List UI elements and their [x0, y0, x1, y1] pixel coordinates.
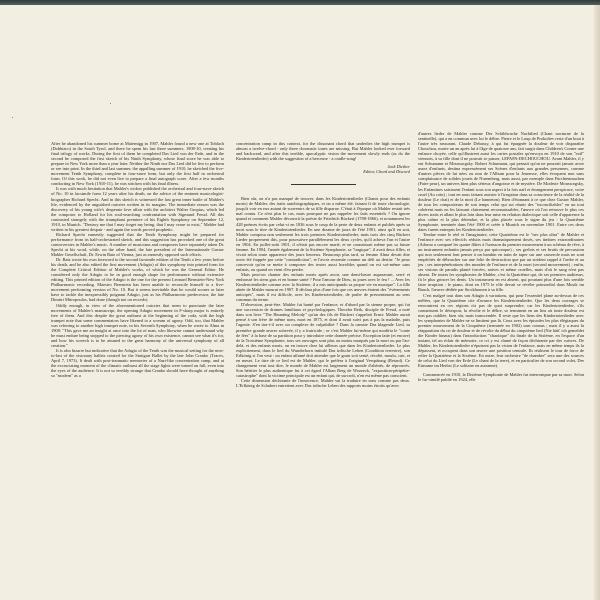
french-paragraph: Tendue entre le réel et l'imaginaire, ce…: [418, 232, 584, 293]
french-notes-column-1: concentration camp in this context, for …: [236, 141, 410, 388]
english-paragraph: Oddly enough, in view of the aforementio…: [51, 303, 224, 348]
french-notes-column-2: d'autres lieder de Mahler comme Der Schi…: [418, 131, 584, 382]
author-signature: Jack Diether Editor, Chord and Discord: [236, 164, 410, 174]
english-paragraph: It is also bizarre but indicative that t…: [51, 348, 224, 378]
paper-speck: [12, 117, 13, 118]
french-paragraph: Commencée en 1910, la Dixième Symphonie …: [418, 372, 584, 382]
sleeve-right-edge: [594, 5, 600, 600]
french-paragraph: d'autres lieder de Mahler comme Der Schi…: [418, 131, 584, 232]
french-paragraph: C'est malgré tout dans son Adagio à vari…: [418, 293, 584, 369]
french-paragraph: Cette dimension déchirante de l'innocenc…: [236, 378, 410, 388]
french-paragraph: Bien sûr, on n'a pas manqué de trouver, …: [236, 196, 410, 272]
english-paragraph: Dr. Ratz wrote his own foreword to the s…: [51, 257, 224, 302]
english-continuation: concentration camp in this context, for …: [236, 141, 410, 161]
english-paragraph: It was with much hesitation that Mahler'…: [51, 186, 224, 231]
section-divider: [291, 184, 356, 185]
french-paragraph: D'obsession, peut-être. Mahler fut hanté…: [236, 302, 410, 378]
english-paragraph: After he abandoned his summer home at Ma…: [51, 141, 224, 186]
english-paragraph: Richard Specht earnestly suggested that …: [51, 232, 224, 257]
english-notes-column: After he abandoned his summer home at Ma…: [51, 141, 224, 378]
author-affiliation: Editor, Chord and Discord: [236, 169, 410, 174]
sleeve-top-edge: [0, 0, 600, 5]
paper-speck: [110, 103, 111, 104]
french-paragraph: Mais peut-on chanter des enfants morts a…: [236, 272, 410, 302]
